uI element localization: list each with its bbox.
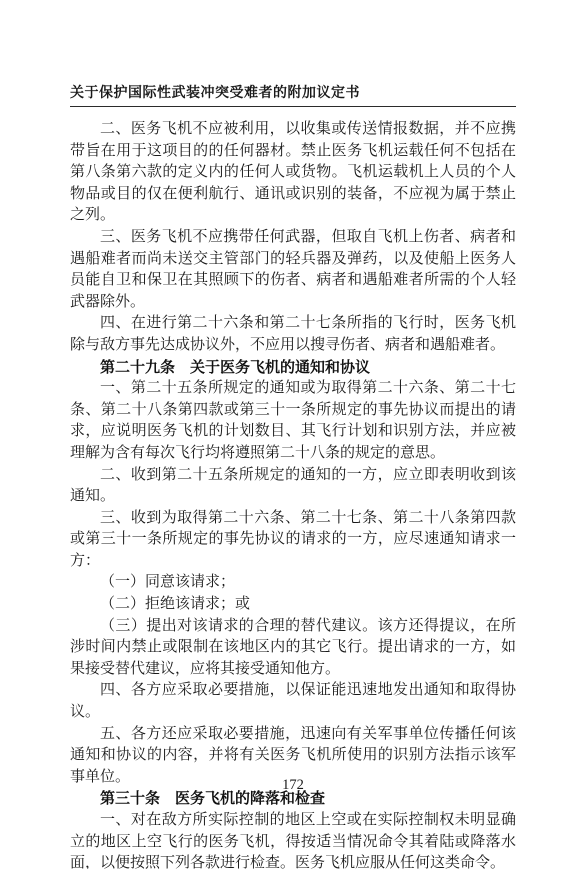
paragraph: 一、对在敌方所实际控制的地区上空或在实际控制权未明显确立的地区上空飞行的医务飞机… — [70, 810, 516, 869]
page-footer: 172 — [0, 776, 586, 794]
paragraph: 三、收到为取得第二十六条、第二十七条、第二十八条第四款或第三十一条所规定的事先协… — [70, 508, 516, 573]
list-item: （二）拒绝该请求；或 — [70, 594, 516, 616]
paragraph: 二、医务飞机不应被利用，以收集或传送情报数据，并不应携带旨在用于这项目的的任何器… — [70, 119, 516, 227]
paragraph: 四、各方应采取必要措施，以保证能迅速地发出通知和取得协议。 — [70, 680, 516, 723]
document-body: 二、医务飞机不应被利用，以收集或传送情报数据，并不应携带旨在用于这项目的的任何器… — [70, 119, 516, 869]
page-number: 172 — [282, 777, 304, 793]
paragraph: 二、收到第二十五条所规定的通知的一方，应立即表明收到该通知。 — [70, 465, 516, 508]
list-item: （三）提出对该请求的合理的替代建议。该方还得提议，在所涉时间内禁止或限制在该地区… — [70, 616, 516, 681]
paragraph: 三、医务飞机不应携带任何武器，但取自飞机上伤者、病者和遇船难者而尚未送交主管部门… — [70, 227, 516, 313]
document-page: 关于保护国际性武装冲突受难者的附加议定书 二、医务飞机不应被利用，以收集或传送情… — [0, 0, 586, 869]
header-rule — [70, 106, 516, 107]
article-heading-29: 第二十九条关于医务飞机的通知和协议 — [70, 357, 516, 379]
list-item: （一）同意该请求； — [70, 572, 516, 594]
running-header: 关于保护国际性武装冲突受难者的附加议定书 — [70, 83, 516, 107]
paragraph: 一、第二十五条所规定的通知或为取得第二十六条、第二十七条、第二十八条第四款或第三… — [70, 378, 516, 464]
article-number: 第二十九条 — [100, 359, 175, 376]
article-title: 关于医务飞机的通知和协议 — [190, 359, 370, 376]
running-header-title: 关于保护国际性武装冲突受难者的附加议定书 — [70, 83, 516, 101]
paragraph: 四、在进行第二十六条和第二十七条所指的飞行时，医务飞机除与敌方事先达成协议外，不… — [70, 313, 516, 356]
